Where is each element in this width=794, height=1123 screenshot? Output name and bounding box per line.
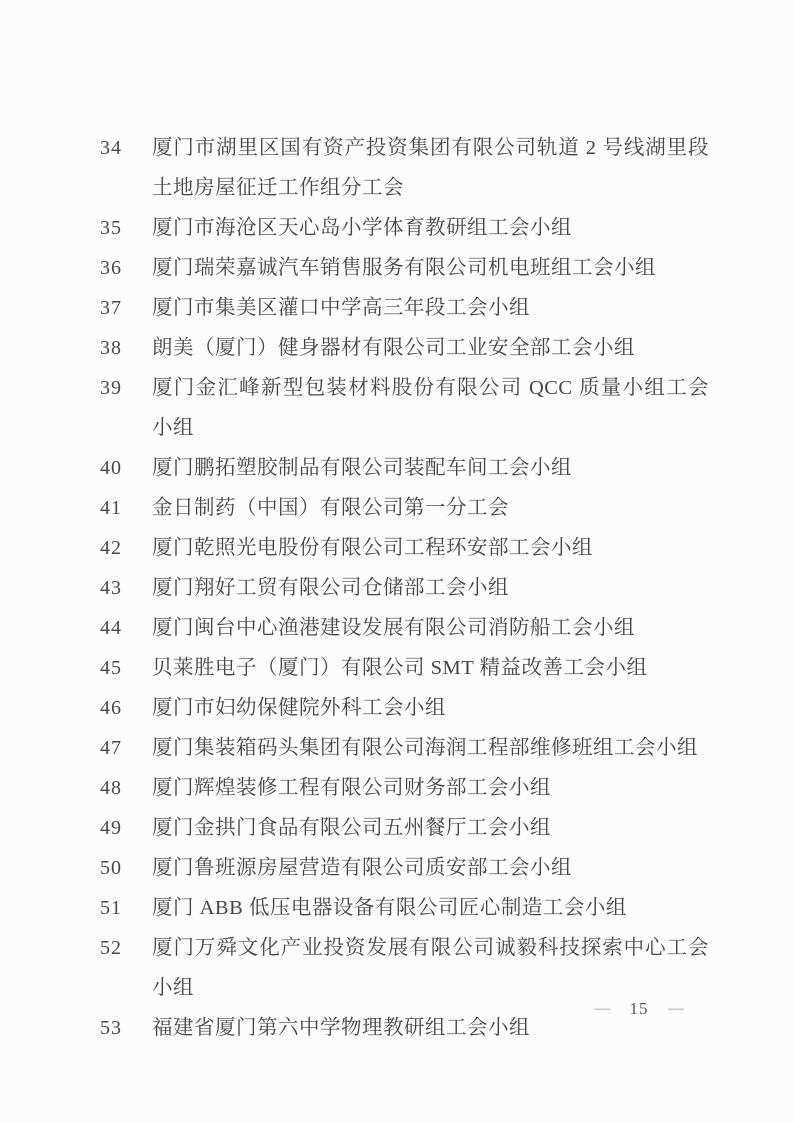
item-text: 厦门集装箱码头集团有限公司海润工程部维修班组工会小组 bbox=[152, 728, 709, 768]
item-text: 厦门鲁班源房屋营造有限公司质安部工会小组 bbox=[152, 848, 709, 888]
item-number: 38 bbox=[100, 328, 152, 368]
list-item: 35 厦门市海沧区天心岛小学体育教研组工会小组 bbox=[100, 208, 712, 248]
document-page: 34 厦门市湖里区国有资产投资集团有限公司轨道 2 号线湖里段土地房屋征迁工作组… bbox=[0, 0, 794, 1123]
list-item: 49 厦门金拱门食品有限公司五州餐厅工会小组 bbox=[100, 808, 712, 848]
item-number: 44 bbox=[100, 608, 152, 648]
item-text: 厦门翔好工贸有限公司仓储部工会小组 bbox=[152, 568, 709, 608]
item-number: 46 bbox=[100, 688, 152, 728]
item-text: 贝莱胜电子（厦门）有限公司 SMT 精益改善工会小组 bbox=[152, 648, 709, 688]
item-number: 50 bbox=[100, 848, 152, 888]
item-number: 41 bbox=[100, 488, 152, 528]
list-item: 37 厦门市集美区灌口中学高三年段工会小组 bbox=[100, 288, 712, 328]
item-number: 37 bbox=[100, 288, 152, 328]
item-number: 53 bbox=[100, 1008, 152, 1048]
item-text: 厦门万舜文化产业投资发展有限公司诚毅科技探索中心工会小组 bbox=[152, 928, 709, 1008]
list-item: 39 厦门金汇峰新型包装材料股份有限公司 QCC 质量小组工会小组 bbox=[100, 368, 712, 448]
item-number: 45 bbox=[100, 648, 152, 688]
item-text: 厦门金汇峰新型包装材料股份有限公司 QCC 质量小组工会小组 bbox=[152, 368, 709, 448]
item-number: 52 bbox=[100, 928, 152, 968]
item-text: 朗美（厦门）健身器材有限公司工业安全部工会小组 bbox=[152, 328, 709, 368]
item-text: 厦门鹏拓塑胶制品有限公司装配车间工会小组 bbox=[152, 448, 709, 488]
item-text: 厦门市集美区灌口中学高三年段工会小组 bbox=[152, 288, 709, 328]
item-number: 42 bbox=[100, 528, 152, 568]
item-text: 金日制药（中国）有限公司第一分工会 bbox=[152, 488, 709, 528]
item-number: 34 bbox=[100, 128, 152, 168]
item-number: 47 bbox=[100, 728, 152, 768]
list-item: 34 厦门市湖里区国有资产投资集团有限公司轨道 2 号线湖里段土地房屋征迁工作组… bbox=[100, 128, 712, 208]
list-item: 38 朗美（厦门）健身器材有限公司工业安全部工会小组 bbox=[100, 328, 712, 368]
item-text: 厦门市妇幼保健院外科工会小组 bbox=[152, 688, 709, 728]
item-number: 51 bbox=[100, 888, 152, 928]
list-item: 43 厦门翔好工贸有限公司仓储部工会小组 bbox=[100, 568, 712, 608]
item-number: 49 bbox=[100, 808, 152, 848]
list-item: 36 厦门瑞荣嘉诚汽车销售服务有限公司机电班组工会小组 bbox=[100, 248, 712, 288]
item-text: 厦门闽台中心渔港建设发展有限公司消防船工会小组 bbox=[152, 608, 709, 648]
item-number: 36 bbox=[100, 248, 152, 288]
item-text: 厦门辉煌装修工程有限公司财务部工会小组 bbox=[152, 768, 709, 808]
list-item: 52 厦门万舜文化产业投资发展有限公司诚毅科技探索中心工会小组 bbox=[100, 928, 712, 1008]
page-number-dash-right: — bbox=[668, 1000, 684, 1018]
item-number: 35 bbox=[100, 208, 152, 248]
item-number: 48 bbox=[100, 768, 152, 808]
list-item: 44 厦门闽台中心渔港建设发展有限公司消防船工会小组 bbox=[100, 608, 712, 648]
page-number: 15 bbox=[630, 999, 649, 1019]
list-item: 48 厦门辉煌装修工程有限公司财务部工会小组 bbox=[100, 768, 712, 808]
list-item: 46 厦门市妇幼保健院外科工会小组 bbox=[100, 688, 712, 728]
item-text: 厦门瑞荣嘉诚汽车销售服务有限公司机电班组工会小组 bbox=[152, 248, 709, 288]
union-group-list: 34 厦门市湖里区国有资产投资集团有限公司轨道 2 号线湖里段土地房屋征迁工作组… bbox=[100, 128, 712, 1048]
list-item: 47 厦门集装箱码头集团有限公司海润工程部维修班组工会小组 bbox=[100, 728, 712, 768]
list-item: 40 厦门鹏拓塑胶制品有限公司装配车间工会小组 bbox=[100, 448, 712, 488]
item-text: 厦门市湖里区国有资产投资集团有限公司轨道 2 号线湖里段土地房屋征迁工作组分工会 bbox=[152, 128, 709, 208]
item-number: 40 bbox=[100, 448, 152, 488]
item-text: 厦门 ABB 低压电器设备有限公司匠心制造工会小组 bbox=[152, 888, 709, 928]
list-item: 50 厦门鲁班源房屋营造有限公司质安部工会小组 bbox=[100, 848, 712, 888]
list-item: 41 金日制药（中国）有限公司第一分工会 bbox=[100, 488, 712, 528]
page-number-dash-left: — bbox=[594, 1000, 610, 1018]
page-footer: — 15 — bbox=[594, 999, 684, 1019]
list-item: 42 厦门乾照光电股份有限公司工程环安部工会小组 bbox=[100, 528, 712, 568]
list-item: 45 贝莱胜电子（厦门）有限公司 SMT 精益改善工会小组 bbox=[100, 648, 712, 688]
item-number: 39 bbox=[100, 368, 152, 408]
item-number: 43 bbox=[100, 568, 152, 608]
item-text: 厦门乾照光电股份有限公司工程环安部工会小组 bbox=[152, 528, 709, 568]
list-item: 51 厦门 ABB 低压电器设备有限公司匠心制造工会小组 bbox=[100, 888, 712, 928]
item-text: 厦门金拱门食品有限公司五州餐厅工会小组 bbox=[152, 808, 709, 848]
item-text: 厦门市海沧区天心岛小学体育教研组工会小组 bbox=[152, 208, 709, 248]
